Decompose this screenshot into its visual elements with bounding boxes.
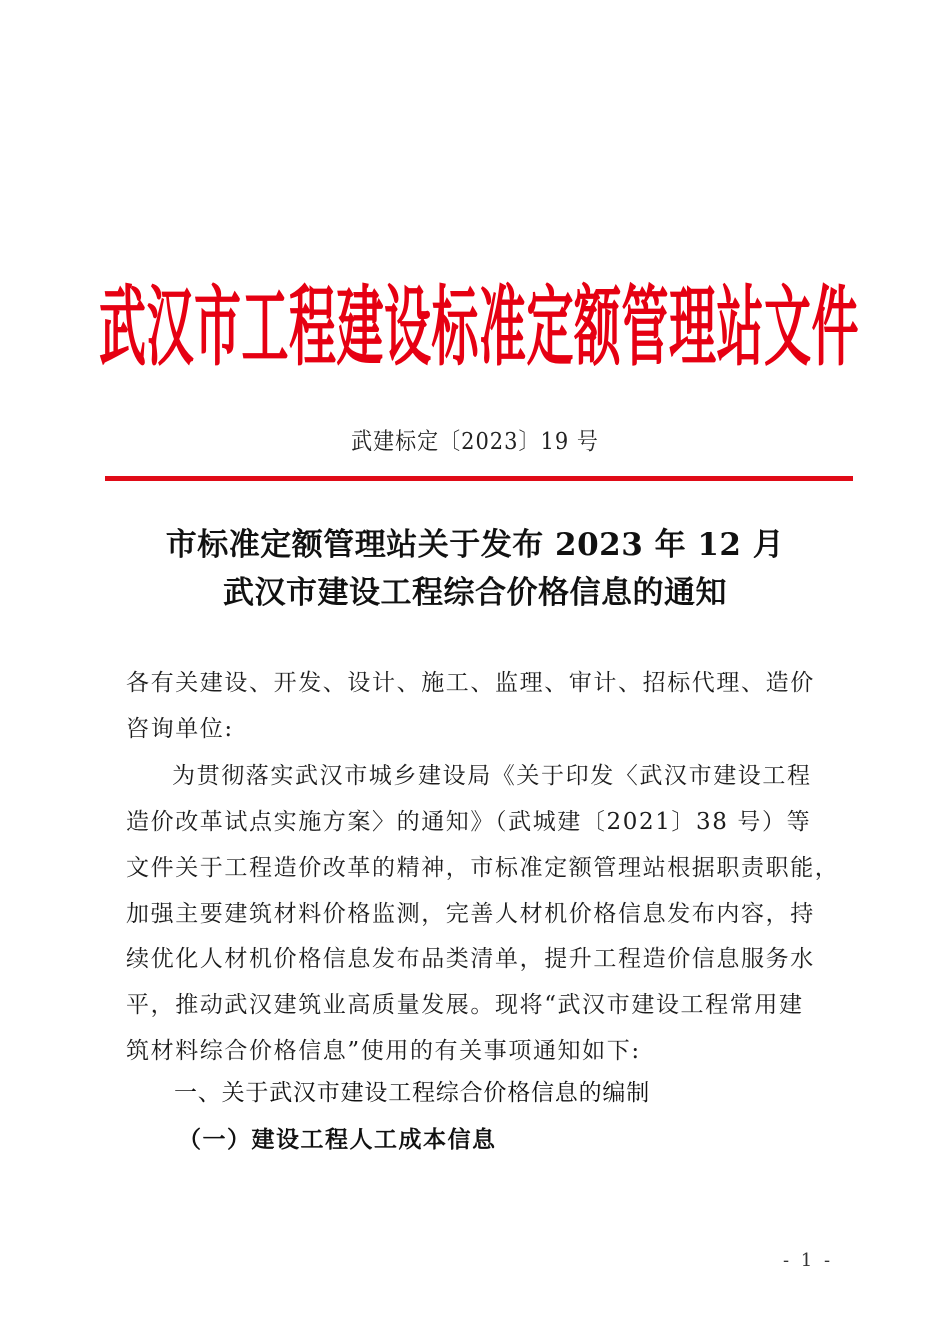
masthead: 武汉市工程建设标准定额管理站文件	[118, 282, 840, 374]
paragraph-line-7: 筑材料综合价格信息”使用的有关事项通知如下:	[126, 1040, 641, 1063]
document-number: 武建标定〔2023〕19 号	[0, 424, 950, 457]
paragraph-line-3: 文件关于工程造价改革的精神，市标准定额管理站根据职责职能，	[126, 857, 839, 880]
page-number: - 1 -	[783, 1250, 833, 1271]
subsection-heading: （一）建设工程人工成本信息	[178, 1128, 497, 1151]
paragraph-line-5: 续优化人材机价格信息发布品类清单，提升工程造价信息服务水	[126, 948, 815, 971]
section-heading: 一、关于武汉市建设工程综合价格信息的编制	[174, 1082, 650, 1105]
masthead-title: 武汉市工程建设标准定额管理站文件	[99, 285, 859, 372]
notice-title-line-2: 武汉市建设工程综合价格信息的通知	[0, 578, 950, 609]
salutation-line-1: 各有关建设、开发、设计、施工、监理、审计、招标代理、造价	[126, 672, 815, 695]
document-page: 武汉市工程建设标准定额管理站文件 武建标定〔2023〕19 号 市标准定额管理站…	[0, 0, 950, 1344]
notice-title-line-1: 市标准定额管理站关于发布 2023 年 12 月	[0, 530, 950, 561]
paragraph-line-6: 平，推动武汉建筑业高质量发展。现将“武汉市建设工程常用建	[126, 994, 804, 1017]
salutation-line-2: 咨询单位:	[126, 718, 234, 741]
red-divider-line	[105, 476, 853, 481]
paragraph-line-2: 造价改革试点实施方案〉的通知》（武城建〔2021〕38 号）等	[126, 811, 811, 834]
paragraph-line-4: 加强主要建筑材料价格监测，完善人材机价格信息发布内容，持	[126, 903, 815, 926]
paragraph-line-1: 为贯彻落实武汉市城乡建设局《关于印发〈武汉市建设工程	[172, 765, 812, 788]
